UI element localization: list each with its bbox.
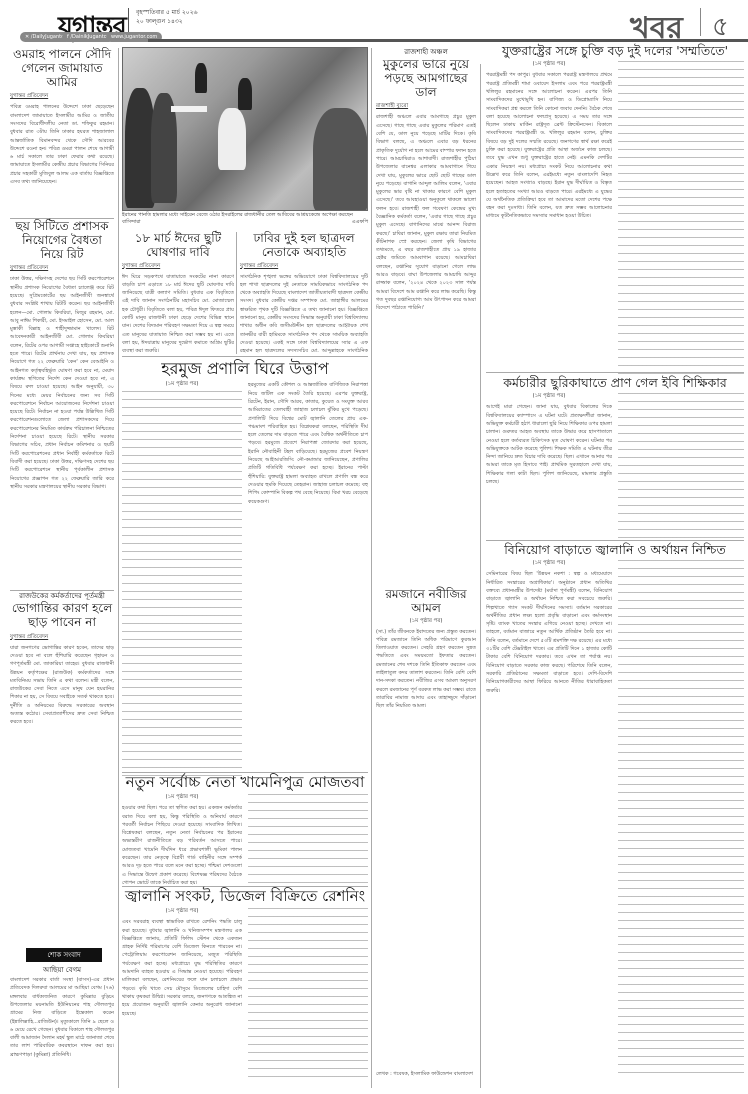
article-body-col-1 [122,391,242,776]
headline: বিনিয়োগ বাড়াতে জ্বালানি ও অর্থায়ন নিশ… [486,543,744,557]
byline: যুগান্তর প্রতিবেদন [240,263,368,271]
article-investment: বিনিয়োগ বাড়াতে জ্বালানি ও অর্থায়ন নিশ… [486,543,744,1080]
article-body: পররাষ্ট্রমন্ত্রী পদ কাপুর। বুধবার সকালে … [486,71,612,377]
article-body: হরমুজের একটি কৌশল ও আন্তর্জাতিক বাণিজ্যি… [248,381,368,776]
photo-caption: ইরানের পানতি হামলার মধ্যে সাইরেন বেজে ওঠ… [122,212,368,226]
byline: যুগান্তর প্রতিবেদন [10,93,114,101]
masthead-date: বৃহস্পতিবার ৫ মার্চ ২০২৬ ২০ ফাল্গুন ১৪৩২ [136,8,198,26]
kicker: রাজশাহী অঞ্চল [376,48,476,56]
article-six-city: ছয় সিটিতে প্রশাসক নিয়োগের বৈধতা নিয়ে … [10,220,114,583]
headline: ঢাবির দুই হল ছাত্রদল নেতাকে অব্যাহতি [240,232,368,260]
date-gregorian: বৃহস্পতিবার ৫ মার্চ ২০২৬ [136,8,198,17]
article-us-deal: যুক্তরাষ্ট্রের সঙ্গে চুক্তি বড় দুই দলের… [486,44,744,377]
continued-label: (১ম পৃষ্ঠার পর) [486,61,612,69]
divider [122,356,368,357]
continued-label: (১ম পৃষ্ঠার পর) [122,908,242,916]
obituary-label: শোক সংবাদ [26,948,102,962]
continued-label: (১ম পৃষ্ঠার পর) [486,560,612,568]
continued-label: (১ম পৃষ্ঠার পর) [122,381,242,389]
article-eid-holiday: ১৮ মার্চ ঈদের ছুটি ঘোষণার দাবি যুগান্তর … [122,232,234,357]
article-body: রাজশাহী অঞ্চলে এবার আমগাছে প্রচুর মুকুল … [376,113,476,583]
article-hormuz: হরমুজ প্রণালি ঘিরে উত্তাপ (১ম পৃষ্ঠার পর… [122,360,368,776]
article-body-col-2 [248,794,368,886]
article-body: যারা জনগণের ভোগান্তির কারণ হবেন, তাদের ছ… [10,644,114,914]
article-body: আগেই মারা গেছেন। জানা যায়, বুধবার বিকাল… [486,403,612,541]
divider [10,590,114,591]
article-body: (সা.) তাঁর জীবনকে ইবাদতের জন্য প্রস্তুত … [376,628,476,1066]
headline: ১৮ মার্চ ঈদের ছুটি ঘোষণার দাবি [122,232,234,260]
headline: জ্বালানি সংকট, ডিজেল বিক্রিতে রেশনিং [122,888,368,905]
column-rule [236,232,237,354]
obituary-name: আছিয়া বেগম [10,966,114,974]
article-khamenei: নতুন সর্বোচ্চ নেতা খামেনিপুত্র মোজতবা (১… [122,774,368,888]
column-rule [118,48,119,1088]
continued-label: (১ম পৃষ্ঠার পর) [486,393,612,401]
article-body-col-2 [618,61,744,377]
article-dhabi: ঢাবির দুই হল ছাত্রদল নেতাকে অব্যাহতি যুগ… [240,232,368,357]
section-divider [700,8,701,36]
divider [486,372,744,373]
continued-label: (১ম পৃষ্ঠার পর) [122,794,242,802]
byline: রাজশাহী ব্যুরো [376,103,476,111]
article-body: এবং সরবরাহ ব্যবস্থা স্বাভাবিক রাখতে রেশন… [122,918,242,1084]
headline: ওমরাহ পালনে সৌদি গেলেন জামায়াত আমির [10,48,114,89]
photo-credit: এএফপি [352,219,368,226]
article-body: সেমিনারের বিষয় ছিল 'উন্নয়ন নকশা : স্বল… [486,570,612,1080]
headline: রমজানে নবীজির আমল [376,588,476,616]
article-body: সাংগঠনিক শৃঙ্খলা ভঙ্গের অভিযোগে ঢাকা বিশ… [240,273,368,357]
headline: ভোগান্তির কারণ হলে ছাড় পাবেন না [10,602,114,630]
date-bengali: ২০ ফাল্গুন ১৪৩২ [136,17,198,26]
newspaper-logo: যুগান্তর [58,6,126,50]
divider [486,540,744,541]
continued-label: (১ম পৃষ্ঠার পর) [376,618,476,626]
byline: যুগান্তর প্রতিবেদন [10,634,114,642]
article-body-col-2 [618,560,744,1080]
headline: হরমুজ প্রণালি ঘিরে উত্তাপ [122,360,368,378]
headline: যুক্তরাষ্ট্রের সঙ্গে চুক্তি বড় দুই দলের… [486,44,744,58]
article-ramadan: রমজানে নবীজির আমল (১ম পৃষ্ঠার পর) (সা.) … [376,588,476,1078]
headline: নতুন সর্বোচ্চ নেতা খামেনিপুত্র মোজতবা [122,774,368,791]
masthead-divider [128,8,129,32]
article-bhoga: রাজউকের কর্মকর্তাদের পূর্তমন্ত্রী ভোগান্… [10,592,114,914]
article-body-col-2 [618,393,744,541]
article-body: ঢাকা উত্তর, দক্ষিণসহ দেশের ছয় সিটি করপো… [10,275,114,583]
article-body: বাংলাদেশ সরকার বার্তা সংস্থা (বাসস)-এর প… [10,976,114,1076]
article-body: হওয়ার কথা ছিল। পরে তা স্থগিত করা হয়। এ… [122,804,242,888]
byline: যুগান্তর প্রতিবেদন [122,263,234,271]
news-photo [122,47,368,211]
author-note: লেখক : গবেষক, ইসলামিক ফাউন্ডেশন বাংলাদেশ [376,1070,476,1078]
column-rule [371,48,372,1088]
article-body: ঈদ ঘিরে সড়কপথে যাতায়াতে সংকটের নানা কা… [122,273,234,357]
article-body: পবিত্র ওমরাহ পালনের উদ্দেশে ঢাকা ছেড়েছে… [10,103,114,211]
headline: কর্মচারীর ছুরিকাঘাতে প্রাণ গেল ইবি শিক্ষ… [486,376,744,390]
article-obituary: আছিয়া বেগম বাংলাদেশ সরকার বার্তা সংস্থা… [10,966,114,1076]
kicker: রাজউকের কর্মকর্তাদের পূর্তমন্ত্রী [10,592,114,600]
headline: মুকুলের ভারে নুয়ে পড়ছে আমগাছের ডাল [376,58,476,99]
column-rule [480,64,481,1088]
byline: যুগান্তর প্রতিবেদন [10,265,114,273]
headline: ছয় সিটিতে প্রশাসক নিয়োগের বৈধতা নিয়ে … [10,220,114,261]
article-mango: রাজশাহী অঞ্চল মুকুলের ভারে নুয়ে পড়ছে আ… [376,48,476,583]
article-body-col-2 [248,908,368,1084]
article-omrah: ওমরাহ পালনে সৌদি গেলেন জামায়াত আমির যুগ… [10,48,114,211]
article-ib-teacher: কর্মচারীর ছুরিকাঘাতে প্রাণ গেল ইবি শিক্ষ… [486,376,744,541]
article-fuel: জ্বালানি সংকট, ডিজেল বিক্রিতে রেশনিং (১ম… [122,888,368,1084]
